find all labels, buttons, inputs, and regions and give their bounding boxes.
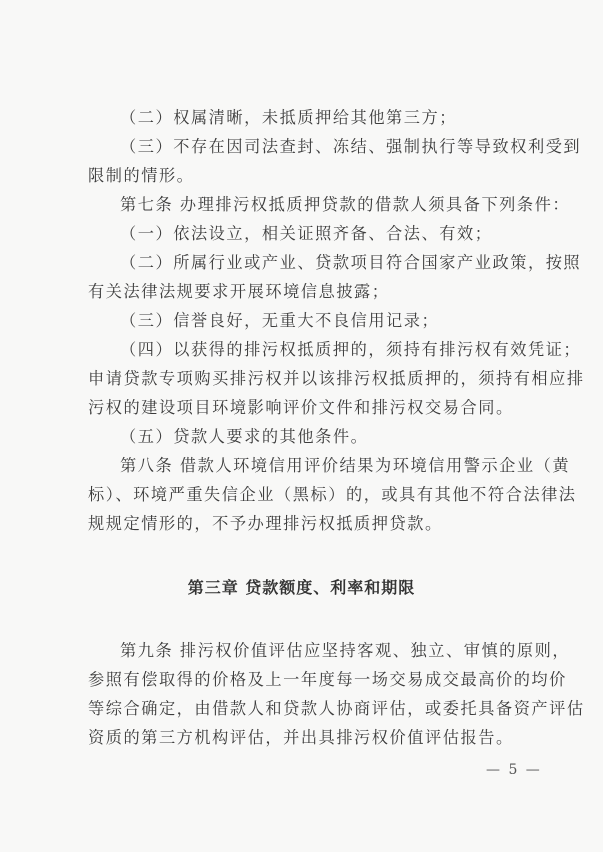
clause-item-3: （三）不存在因司法查封、冻结、强制执行等导致权利受到	[120, 137, 572, 157]
article-9-cont2: 等综合确定，由借款人和贷款人协商评估，或委托具备资产评估	[88, 699, 540, 719]
article-7-item-4-cont1: 申请贷款专项购买排污权并以该排污权抵质押的，须持有相应排	[88, 369, 540, 389]
article-8-cont1: 标）、环境严重失信企业（黑标）的，或具有其他不符合法律法	[88, 485, 540, 505]
article-7-item-2-cont: 有关法律法规要求开展环境信息披露；	[88, 282, 540, 302]
article-8: 第八条 借款人环境信用评价结果为环境信用警示企业（黄	[120, 456, 572, 476]
article-9-cont1: 参照有偿取得的价格及上一年度每一场交易成交最高价的均价	[88, 670, 540, 690]
clause-item-3-cont: 限制的情形。	[88, 166, 540, 186]
chapter-heading: 第三章 贷款额度、利率和期限	[0, 578, 603, 598]
article-7-item-4: （四）以获得的排污权抵质押的，须持有排污权有效凭证；	[120, 340, 572, 360]
article-7-item-5: （五）贷款人要求的其他条件。	[120, 427, 572, 447]
article-7-item-3: （三）信誉良好，无重大不良信用记录；	[120, 311, 572, 331]
article-8-cont2: 规规定情形的，不予办理排污权抵质押贷款。	[88, 514, 540, 534]
document-page: （二）权属清晰，未抵质押给其他第三方； （三）不存在因司法查封、冻结、强制执行等…	[0, 0, 603, 852]
article-7-item-2: （二）所属行业或产业、贷款项目符合国家产业政策，按照	[120, 253, 572, 273]
clause-item-2: （二）权属清晰，未抵质押给其他第三方；	[120, 108, 572, 128]
page-number: — 5 —	[486, 762, 542, 778]
article-7: 第七条 办理排污权抵质押贷款的借款人须具备下列条件：	[120, 195, 572, 215]
article-7-item-4-cont2: 污权的建设项目环境影响评价文件和排污权交易合同。	[88, 398, 540, 418]
article-9: 第九条 排污权价值评估应坚持客观、独立、审慎的原则，	[120, 641, 572, 661]
article-9-cont3: 资质的第三方机构评估，并出具排污权价值评估报告。	[88, 728, 540, 748]
article-7-item-1: （一）依法设立，相关证照齐备、合法、有效；	[120, 224, 572, 244]
